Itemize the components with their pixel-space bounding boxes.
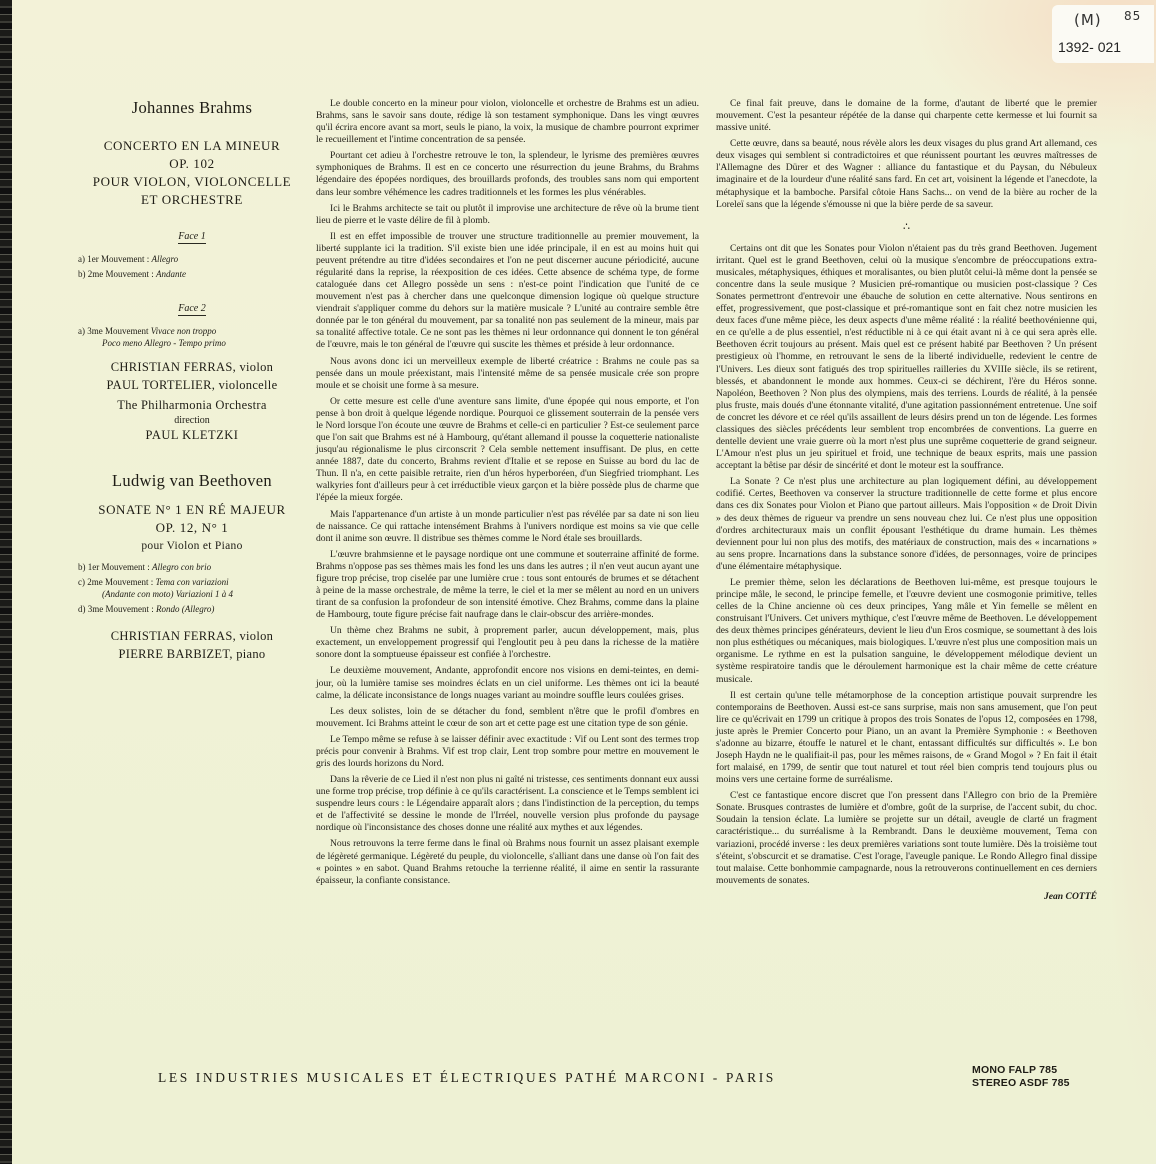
stereo-reference: STEREO ASDF 785 — [972, 1077, 1070, 1090]
liner-notes-part-1: Ce final fait preuve, dans le domaine de… — [716, 98, 1097, 211]
paragraph: La Sonate ? Ce n'est plus une architectu… — [716, 476, 1097, 573]
handwritten-note: (M) — [1074, 11, 1102, 29]
movement-item: c) 2me Mouvement : Tema con variazioni (… — [78, 576, 312, 600]
movement-item: a) 1er Mouvement : Allegro — [78, 253, 312, 265]
catalog-code: 1392- 021 — [1058, 39, 1121, 55]
catalog-sticker: (M) 85 1392- 021 — [1052, 5, 1154, 63]
mono-reference: MONO FALP 785 — [972, 1064, 1070, 1077]
liner-notes-beethoven: Ce final fait preuve, dans le domaine de… — [716, 98, 1097, 903]
face-2-label: Face 2 — [178, 303, 206, 316]
orchestra: The Philharmonia Orchestra — [72, 398, 312, 413]
paragraph: Cette œuvre, dans sa beauté, nous révèle… — [716, 138, 1097, 210]
face-1-label: Face 1 — [178, 231, 206, 244]
section-divider: ∴ — [716, 221, 1097, 233]
direction-label: direction — [72, 415, 312, 426]
track-listing: Johannes Brahms CONCERTO EN LA MINEUR OP… — [72, 98, 312, 663]
beethoven-work-title: SONATE N° 1 EN RÉ MAJEUR OP. 12, N° 1 — [72, 501, 312, 537]
movement-item: b) 2me Mouvement : Andante — [78, 268, 312, 280]
conductor: PAUL KLETZKI — [72, 428, 312, 443]
paragraph: C'est ce fantastique encore discret que … — [716, 790, 1097, 887]
paragraph: Il est en effet impossible de trouver un… — [316, 231, 699, 352]
paragraph: Le Tempo même se refuse à se laisser déf… — [316, 734, 699, 770]
paragraph: Ici le Brahms architecte se tait ou plut… — [316, 203, 699, 227]
composer-brahms: Johannes Brahms — [72, 98, 312, 118]
publisher-line: LES INDUSTRIES MUSICALES ET ÉLECTRIQUES … — [158, 1070, 776, 1086]
brahms-work-title: CONCERTO EN LA MINEUR OP. 102 POUR VIOLO… — [72, 137, 312, 209]
movement-item: a) 3me Mouvement Vivace non troppo Poco … — [78, 325, 312, 349]
catalog-references: MONO FALP 785 STEREO ASDF 785 — [972, 1064, 1070, 1090]
movement-item: d) 3me Mouvement : Rondo (Allegro) — [78, 603, 312, 615]
scan-edge — [0, 0, 12, 1164]
handwritten-number: 85 — [1124, 9, 1141, 23]
paragraph: Il est certain qu'une telle métamorphose… — [716, 690, 1097, 787]
author-signature: Jean COTTÉ — [716, 891, 1097, 903]
paragraph: Le deuxième mouvement, Andante, approfon… — [316, 665, 699, 701]
paragraph: Un thème chez Brahms ne subit, à proprem… — [316, 625, 699, 661]
paragraph: Le premier thème, selon les déclarations… — [716, 577, 1097, 686]
paragraph: Ce final fait preuve, dans le domaine de… — [716, 98, 1097, 134]
brahms-performers: CHRISTIAN FERRAS, violon PAUL TORTELIER,… — [72, 358, 312, 394]
paragraph: Nous avons donc ici un merveilleux exemp… — [316, 356, 699, 392]
paragraph: Or cette mesure est celle d'une aventure… — [316, 396, 699, 505]
movement-item: b) 1er Mouvement : Allegro con brio — [78, 561, 312, 573]
liner-notes-brahms: Le double concerto en la mineur pour vio… — [316, 98, 699, 891]
liner-notes-part-2: Certains ont dit que les Sonates pour Vi… — [716, 243, 1097, 887]
paragraph: L'œuvre brahmsienne et le paysage nordiq… — [316, 549, 699, 621]
paragraph: Certains ont dit que les Sonates pour Vi… — [716, 243, 1097, 472]
paragraph: Dans la rêverie de ce Lied il n'est non … — [316, 774, 699, 834]
paragraph: Les deux solistes, loin de se détacher d… — [316, 706, 699, 730]
paragraph: Pourtant cet adieu à l'orchestre retrouv… — [316, 150, 699, 198]
beethoven-performers: CHRISTIAN FERRAS, violon PIERRE BARBIZET… — [72, 627, 312, 663]
paragraph: Le double concerto en la mineur pour vio… — [316, 98, 699, 146]
composer-beethoven: Ludwig van Beethoven — [72, 471, 312, 491]
beethoven-subtitle: pour Violon et Piano — [72, 537, 312, 555]
paragraph: Nous retrouvons la terre ferme dans le f… — [316, 838, 699, 886]
paragraph: Mais l'appartenance d'un artiste à un mo… — [316, 509, 699, 545]
